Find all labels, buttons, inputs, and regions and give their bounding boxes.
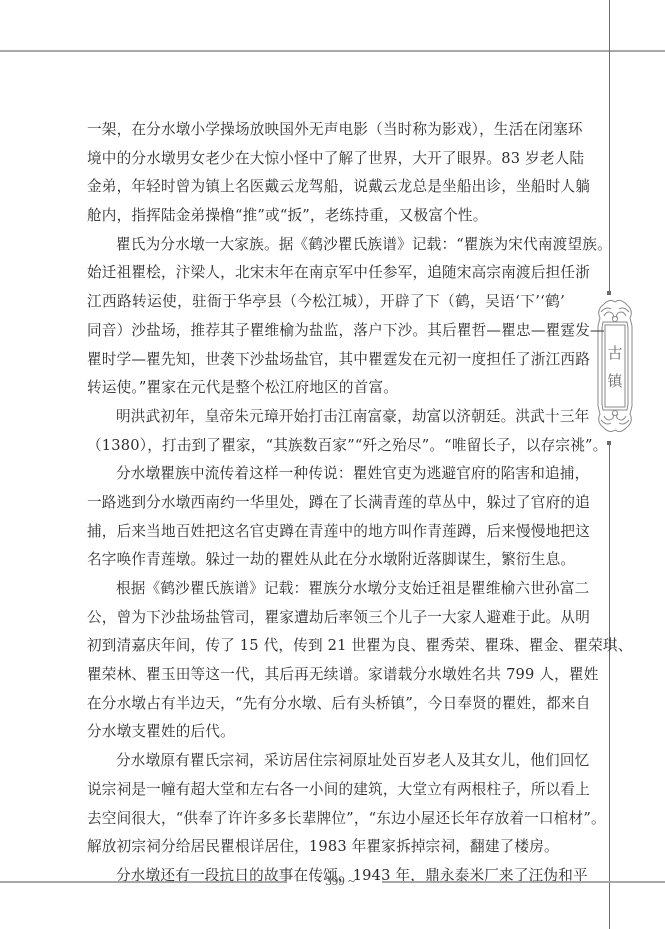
text-line: 舱内，指挥陆金弟操橹“推”或“扳”，老练持重，又极富个性。 bbox=[87, 202, 565, 231]
text-line: 名字唤作青莲墩。躲过一劫的瞿姓从此在分水墩附近落脚谋生，繁衍生息。 bbox=[87, 546, 565, 575]
text-line: 去空间很大，“供奉了许许多多长辈牌位”，“东边小屋还长年存放着一口棺材”。 bbox=[87, 805, 565, 834]
text-line: 始迁祖瞿桧，汴梁人，北宋末年在南京军中任参军，追随宋高宗南渡后担任浙 bbox=[87, 259, 565, 288]
text-line: 公，曾为下沙盐场盐管司，瞿家遭劫后率领三个儿子一大家人避难于此。从明 bbox=[87, 604, 565, 633]
text-line: 瞿荣林、瞿玉田等这一代，其后再无续谱。家谱载分水墩姓名共 799 人，瞿姓 bbox=[87, 661, 565, 690]
scroll-frame-icon bbox=[592, 296, 638, 436]
footer-rule-left bbox=[0, 881, 287, 883]
footer-rule-right bbox=[382, 881, 665, 883]
text-line: 说宗祠是一幢有超大堂和左右各一小间的建筑，大堂立有两根柱子，所以看上 bbox=[87, 776, 565, 805]
page-number: ~ 399 ~ bbox=[295, 873, 375, 889]
tab-char-1: 古 bbox=[592, 346, 638, 361]
text-line: 分水墩原有瞿氏宗祠，采访居住宗祠原址处百岁老人及其女儿，他们回忆 bbox=[87, 747, 565, 776]
tab-char-2: 镇 bbox=[592, 374, 638, 389]
text-line: 解放初宗祠分给居民瞿根详居住，1983 年瞿家拆掉宗祠，翻建了楼房。 bbox=[87, 833, 565, 862]
text-line: 分水墩支瞿姓的后代。 bbox=[87, 718, 565, 747]
margin-line-lower bbox=[609, 443, 610, 929]
text-line: 在分水墩占有半边天，“先有分水墩、后有头桥镇”，今日奉贤的瞿姓，都来自 bbox=[87, 690, 565, 719]
chapter-tab-ornament: 古 镇 bbox=[592, 296, 638, 436]
text-line: 一路逃到分水墩西南约一华里处，蹲在了长满青莲的草丛中，躲过了官府的追 bbox=[87, 489, 565, 518]
header-rule bbox=[0, 50, 665, 52]
page-footer: ~ 399 ~ bbox=[0, 873, 665, 893]
margin-line-terminal bbox=[607, 291, 611, 295]
text-line: 初到清嘉庆年间，传了 15 代，传到 21 世瞿为良、瞿秀荣、瞿珠、瞿金、瞿荣琪… bbox=[87, 632, 565, 661]
text-line: 分水墩瞿族中流传着这样一种传说：瞿姓官吏为逃避官府的陷害和追捕， bbox=[87, 460, 565, 489]
text-line: 明洪武初年，皇帝朱元璋开始打击江南富豪，劫富以济朝廷。洪武十三年 bbox=[87, 403, 565, 432]
text-line: 捕，后来当地百姓把这名官吏蹲在青莲中的地方叫作青莲蹲，后来慢慢地把这 bbox=[87, 518, 565, 547]
text-line: 瞿时学—瞿先知，世袭下沙盐场盐官，其中瞿霆发在元初一度担任了浙江西路 bbox=[87, 346, 565, 375]
body-text: 一架，在分水墩小学操场放映国外无声电影（当时称为影戏），生活在闭塞环境中的分水墩… bbox=[87, 116, 565, 891]
text-line: 江西路转运使，驻衙于华亭县（今松江城），开辟了下（鹤，吴语‘下’‘鹤’ bbox=[87, 288, 565, 317]
text-line: （1380），打击到了瞿家，“其族数百家”“歼之殆尽”。“唯留长子，以存宗祧”。 bbox=[87, 432, 565, 461]
text-line: 根据《鹤沙瞿氏族谱》记载：瞿族分水墩分支始迁祖是瞿维榆六世孙富二 bbox=[87, 575, 565, 604]
text-line: 同音）沙盐场，推荐其子瞿维榆为盐监，落户下沙。其后瞿哲—瞿忠—瞿霆发— bbox=[87, 317, 565, 346]
text-line: 转运使。”瞿家在元代是整个松江府地区的首富。 bbox=[87, 374, 565, 403]
text-line: 一架，在分水墩小学操场放映国外无声电影（当时称为影戏），生活在闭塞环 bbox=[87, 116, 565, 145]
text-line: 瞿氏为分水墩一大家族。据《鹤沙瞿氏族谱》记载：“瞿族为宋代南渡望族。 bbox=[87, 231, 565, 260]
text-line: 金弟，年轻时曾为镇上名医戴云龙驾船，说戴云龙总是坐船出诊，坐船时人躺 bbox=[87, 173, 565, 202]
text-line: 境中的分水墩男女老少在大惊小怪中了解了世界，大开了眼界。83 岁老人陆 bbox=[87, 145, 565, 174]
